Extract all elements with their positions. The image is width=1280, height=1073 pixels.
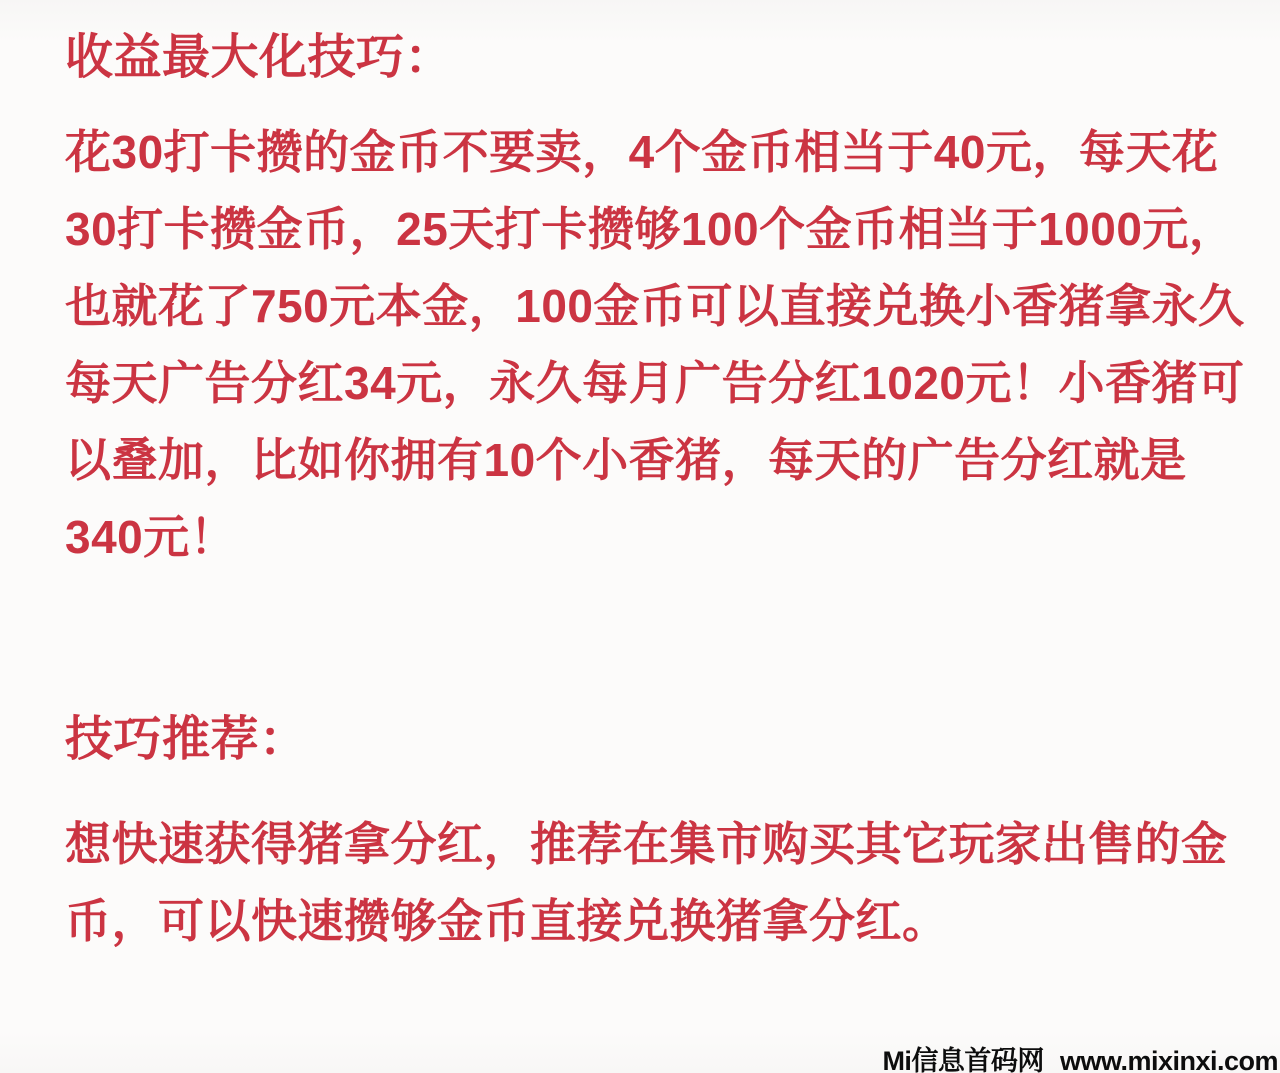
watermark-url: www.mixinxi.com: [1060, 1046, 1278, 1073]
section1-line-2: 30打卡攒金币，25天打卡攒够100个金币相当于1000元，: [65, 202, 1235, 257]
watermark: Mi信息首码网www.mixinxi.com: [882, 1047, 1278, 1073]
section1-line-3: 也就花了750元本金，100金币可以直接兑换小香猪拿永久: [65, 279, 1245, 334]
section1-line-6: 340元！: [65, 510, 236, 565]
section2-line-1: 想快速获得猪拿分红，推荐在集市购买其它玩家出售的金: [65, 817, 1228, 872]
section1-line-4: 每天广告分红34元，永久每月广告分红1020元！小香猪可: [65, 356, 1245, 411]
section1-line-5: 以叠加，比如你拥有10个小香猪，每天的广告分红就是: [65, 433, 1187, 488]
watermark-site-name: Mi信息首码网: [882, 1046, 1044, 1073]
article-page: 收益最大化技巧： 花30打卡攒的金币不要卖，4个金币相当于40元，每天花 30打…: [0, 0, 1280, 1073]
section1-line-1: 花30打卡攒的金币不要卖，4个金币相当于40元，每天花: [65, 125, 1218, 180]
section2-line-2: 币，可以快速攒够金币直接兑换猪拿分红。: [65, 894, 949, 949]
section1-heading: 收益最大化技巧：: [65, 29, 453, 87]
section2-heading: 技巧推荐：: [65, 711, 308, 769]
